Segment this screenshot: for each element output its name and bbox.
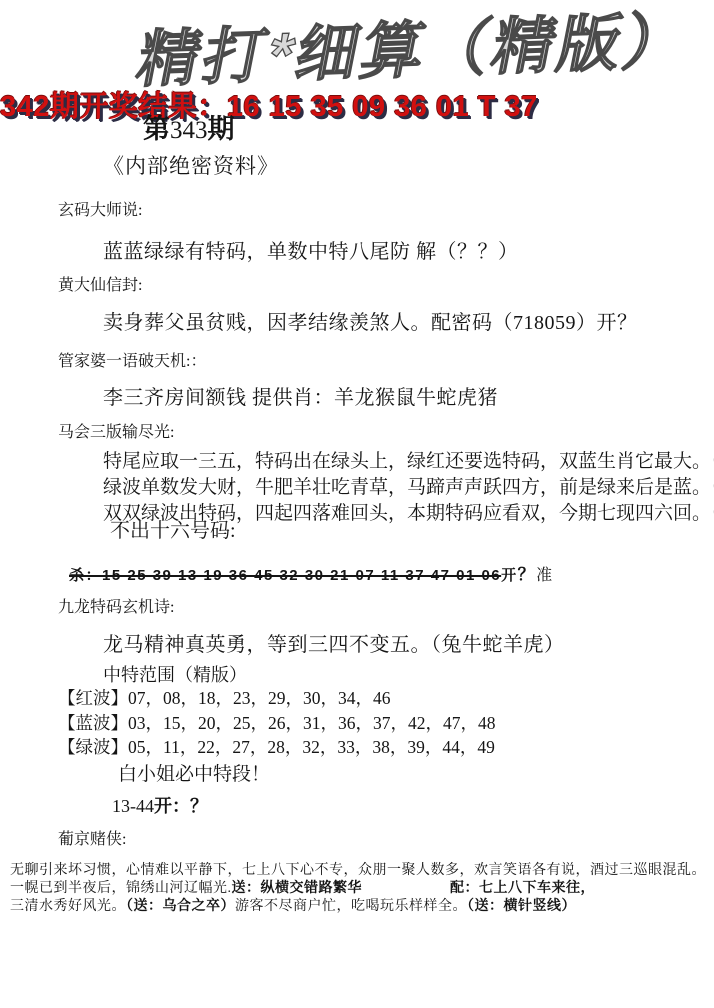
wave-color-table: 【红波】07，08，18，23，29，30，34，46 【蓝波】03，15，20… [58, 686, 496, 760]
section-label-mahui: 马会三版输尽光: [58, 419, 174, 442]
kill-numbers-struck: 杀：15 25 39 13 19 36 45 32 30 21 07 11 37… [69, 567, 501, 584]
tip-sheet-page: 精打*细算（精版） 342期开奖结果：16 15 35 09 36 01 T 3… [0, 0, 714, 1008]
mahui-line: 绿波单数发大财，牛肥羊壮吃青草，马蹄声声跃四方，前是绿来后是蓝。（攒） [103, 475, 714, 501]
issue-suffix: 期 [208, 114, 235, 144]
pujing-line2-normal: 一幌已到半夜后，锦绣山河辽幅光. [10, 881, 232, 896]
segment-range-line: 13-44开：？ [112, 792, 208, 818]
kill-accurate: 准 [536, 567, 552, 584]
section-label-xuanma: 玄码大师说: [58, 197, 142, 220]
blue-wave-label: 【蓝波】 [58, 713, 128, 733]
issue-prefix: 第 [143, 114, 170, 144]
section-label-guanjiapo: 管家婆一语破天机:： [58, 348, 206, 371]
segment-open: 开： [154, 796, 190, 816]
guanjiapo-content: 李三齐房间额钱 提供肖：羊龙猴鼠牛蛇虎猪 [103, 381, 498, 410]
kill-open: 开 [501, 567, 518, 584]
previous-draw-result: 342期开奖结果：16 15 35 09 36 01 T 37 [0, 84, 538, 125]
pujing-line-1: 无聊引来坏习惯，心情难以平静下，七上八下心不专，众朋一聚人数多，欢言笑语各有说，… [10, 863, 706, 879]
pujing-line3-gift1: （送：乌合之卒） [126, 897, 235, 913]
red-wave-numbers: 07，08，18，23，29，30，34，46 [128, 688, 391, 708]
pujing-line3-normal1: 三清水秀好风光。 [10, 899, 126, 914]
section-label-huangdaxian: 黄大仙信封: [58, 272, 142, 295]
segment-range: 13-44 [112, 796, 154, 816]
pujing-line2-match: 配：七上八下车来往， [450, 879, 595, 895]
kill-question-mark: ？ [518, 565, 537, 584]
huangdaxian-content: 卖身葬父虽贫贱，因孝结缘羡煞人。配密码（718059）开？ [103, 306, 638, 335]
section-label-pujing: 葡京赌侠: [58, 826, 126, 849]
pujing-verse-block: 无聊引来坏习惯，心情难以平静下，七上八下心不专，众朋一聚人数多，欢言笑语各有说，… [10, 863, 706, 915]
green-wave-numbers: 05，11，22，27，28，32，33，38，39，44，49 [128, 737, 495, 757]
pujing-line-2: 一幌已到半夜后，锦绣山河辽幅光.送：纵横交错路繁华配：七上八下车来往， [10, 879, 706, 897]
pujing-line-3: 三清水秀好风光。（送：乌合之卒）游客不尽商户忙，吃喝玩乐样样全。（送：横针竖线） [10, 897, 706, 915]
green-wave-row: 【绿波】05，11，22，27，28，32，33，38，39，44，49 [58, 735, 496, 760]
special-range-label: 中特范围（精版） [103, 661, 247, 687]
red-wave-label: 【红波】 [58, 688, 128, 708]
pujing-line3-normal2: 游客不尽商户忙，吃喝玩乐样样全。 [235, 899, 467, 914]
pujing-line2-gift: 送：纵横交错路繁华 [232, 879, 363, 895]
issue-number: 343 [170, 117, 208, 144]
jiulong-poem: 龙马精神真英勇，等到三四不变五。（兔牛蛇羊虎） [103, 628, 565, 657]
current-issue-number: 第343期 [143, 107, 235, 146]
blue-wave-row: 【蓝波】03，15，20，25，26，31，36，37，42，47，48 [58, 711, 496, 736]
segment-question-mark: ？ [190, 796, 208, 816]
mahui-line: 特尾应取一三五，特码出在绿头上，绿红还要选特码，双蓝生肖它最大。（推） [103, 449, 714, 475]
baixiaojie-line: 白小姐必中特段！ [118, 759, 270, 786]
blue-wave-numbers: 03，15，20，25，26，31，36，37，42，47，48 [128, 713, 496, 733]
doc-title: 《内部绝密资料》 [103, 150, 279, 180]
kill-numbers-line: 杀：15 25 39 13 19 36 45 32 30 21 07 11 37… [69, 560, 552, 585]
xuanma-content: 蓝蓝绿绿有特码，单数中特八尾防 解（？？） [103, 235, 519, 264]
pujing-line3-gift2: （送：横针竖线） [467, 897, 576, 913]
green-wave-label: 【绿波】 [58, 737, 128, 757]
exclude-numbers-label: 不出十六号码: [110, 514, 236, 543]
red-wave-row: 【红波】07，08，18，23，29，30，34，46 [58, 686, 496, 711]
section-label-jiulong: 九龙特码玄机诗: [58, 594, 174, 617]
